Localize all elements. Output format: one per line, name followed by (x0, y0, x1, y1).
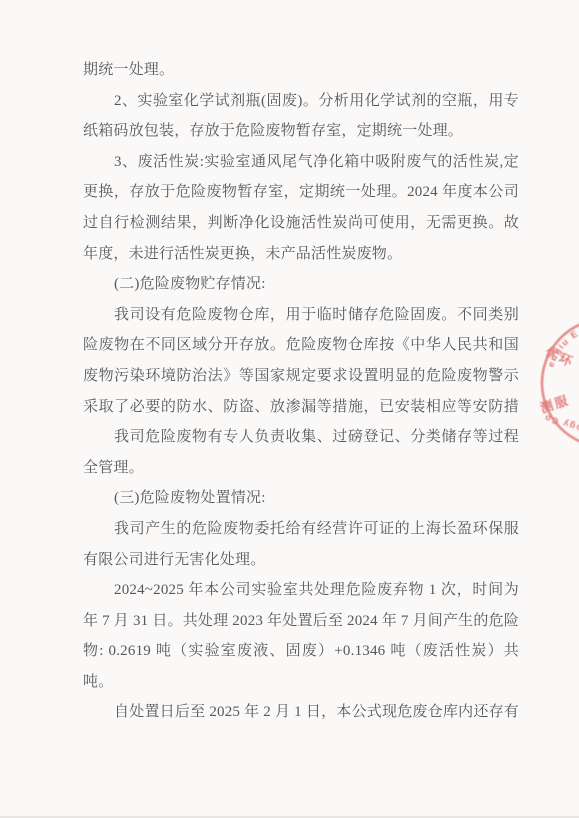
text-line: 纸箱码放包装，存放于危险废物暂存室，定期统一处理。 (83, 116, 519, 147)
text-line: 年 7 月 31 日。共处理 2023 年处置后至 2024 年 7 月间产生的… (83, 606, 519, 637)
text-line: 我司设有危险废物仓库，用于临时储存危险固废。不同类别的危 (83, 300, 519, 331)
red-seal-stamp: engiu E 优环 测服 ogy Co (536, 313, 579, 453)
text-line: 吨。 (83, 667, 519, 698)
text-line: 我司危险废物有专人负责收集、过磅登记、分类储存等过程的安 (83, 422, 519, 453)
text-line: 险废物在不同区域分开存放。危险废物仓库按《中华人民共和国固体 (83, 330, 519, 361)
text-line: 物: 0.2619 吨（实验室废液、固废）+0.1346 吨（废活性炭）共 0.… (83, 636, 519, 667)
scanned-document-page: 期统一处理。2、实验室化学试剂瓶(固废)。分析用化学试剂的空瓶，用专用纸箱码放包… (0, 0, 579, 818)
text-line: 更换，存放于危险废物暂存室，定期统一处理。2024 年度本公司通 (83, 177, 519, 208)
stamp-cn-fragment-bottom: 测服 (538, 392, 571, 416)
stamp-arc-text-top: engiu E (546, 328, 579, 368)
text-line: 有限公司进行无害化处理。 (83, 545, 519, 576)
text-line: 全管理。 (83, 453, 519, 484)
text-line: 自处置日后至 2025 年 2 月 1 日，本公式现危废仓库内还存有实 (83, 697, 519, 728)
stamp-arc-text-bottom: ogy Co (542, 412, 579, 433)
text-line: 年度，未进行活性炭更换，未产品活性炭废物。 (83, 239, 519, 270)
stamp-cn-fragment-top: 优环 (543, 344, 577, 370)
svg-text:engiu E: engiu E (546, 328, 579, 368)
text-line: 3、废活性炭:实验室通风尾气净化箱中吸附废气的活性炭,定期 (83, 147, 519, 178)
stamp-ring (542, 319, 579, 447)
text-line: 2、实验室化学试剂瓶(固废)。分析用化学试剂的空瓶，用专用 (83, 86, 519, 117)
text-line: 过自行检测结果，判断净化设施活性炭尚可使用，无需更换。故 2024 (83, 208, 519, 239)
text-line: 2024~2025 年本公司实验室共处理危险废弃物 1 次，时间为 2024 (83, 575, 519, 606)
text-line: 废物污染环境防治法》等国家规定要求设置明显的危险废物警示标识， (83, 361, 519, 392)
text-line: (三)危险废物处置情况: (83, 483, 519, 514)
text-line: (二)危险废物贮存情况: (83, 269, 519, 300)
red-seal-graphic: engiu E 优环 测服 ogy Co (536, 313, 579, 453)
text-line: 采取了必要的防水、防盗、放渗漏等措施，已安装相应等安防措施。 (83, 392, 519, 423)
text-line: 期统一处理。 (83, 55, 519, 86)
document-body: 期统一处理。2、实验室化学试剂瓶(固废)。分析用化学试剂的空瓶，用专用纸箱码放包… (83, 55, 519, 728)
text-line: 我司产生的危险废物委托给有经营许可证的上海长盈环保服务 (83, 514, 519, 545)
